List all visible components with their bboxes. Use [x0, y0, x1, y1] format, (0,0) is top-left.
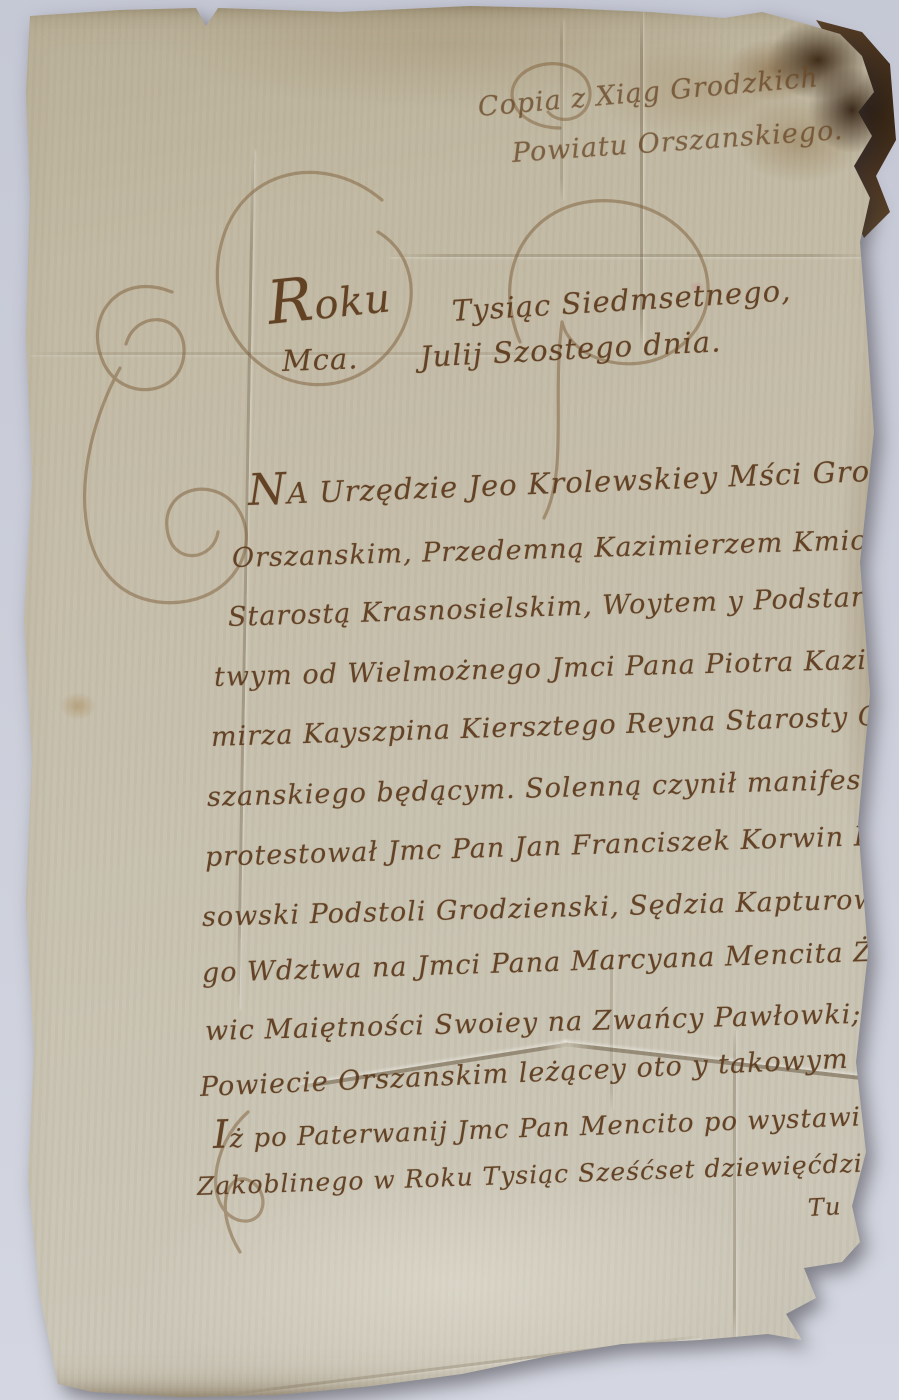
body-line-10: wic Maiętności Swoiey na Zwańcy Pawłowki…	[205, 998, 896, 1047]
body-line-1: NA Urzędzie Jeo Krolewskiey Mści Grodzki…	[247, 447, 899, 512]
annotation-line-1: Copia z Xiąg Grodzkich	[477, 62, 820, 123]
body-line-6: szanskiego będącym. Solenną czynił manif…	[207, 762, 899, 813]
body-line-11: Powiecie Orszanskim leżącey oto y takowy…	[199, 1042, 886, 1103]
fold-crease	[235, 1335, 702, 1395]
body-line-5: mirza Kayszpina Kiersztego Reyna Starost…	[211, 700, 899, 753]
body-line-3: Starostą Krasnosielskim, Woytem y Podsta…	[228, 581, 899, 633]
body-line-8: sowski Podstoli Grodzienski, Sędzia Kapt…	[202, 883, 899, 933]
fold-crease	[236, 150, 254, 1010]
manuscript-paper: Copia z Xiąg Grodzkich Powiatu Orszanski…	[0, 0, 899, 1400]
fold-crease	[390, 254, 870, 257]
flourish-initial-e-tail	[85, 368, 247, 603]
dateline-year: Tysiąc Siedmsetnego,	[451, 273, 792, 328]
body-line-7: protestował Jmc Pan Jan Franciszek Korwi…	[205, 820, 899, 873]
body-line-9: go Wdztwa na Jmci Pana Marcyana Mencita …	[202, 934, 899, 989]
catchword: Tu	[807, 1192, 842, 1222]
annotation-line-2: Powiatu Orszanskiego.	[511, 115, 844, 169]
body-line-4: twym od Wielmożnego Jmci Pana Piotra Kaz…	[214, 645, 878, 693]
flourish-initial-e	[97, 286, 184, 389]
body-line-13: Zakoblinego w Roku Tysiąc Sześćset dziew…	[196, 1145, 899, 1201]
body-line-12: Iż po Paterwanij Jmc Pan Mencito po wyst…	[212, 1094, 899, 1155]
dateline-month-prefix: Mca.	[281, 341, 359, 378]
body-line-2: Orszanskim, Przedemną Kazimierzem Kmicie…	[232, 524, 899, 574]
paper-shadow-wrap: Copia z Xiąg Grodzkich Powiatu Orszanski…	[0, 0, 899, 1400]
dateline-month: Julij Szostego dnia.	[419, 324, 722, 374]
dateline-year-word: Roku	[265, 267, 393, 334]
photograph-of-manuscript: Copia z Xiąg Grodzkich Powiatu Orszanski…	[0, 0, 899, 1400]
